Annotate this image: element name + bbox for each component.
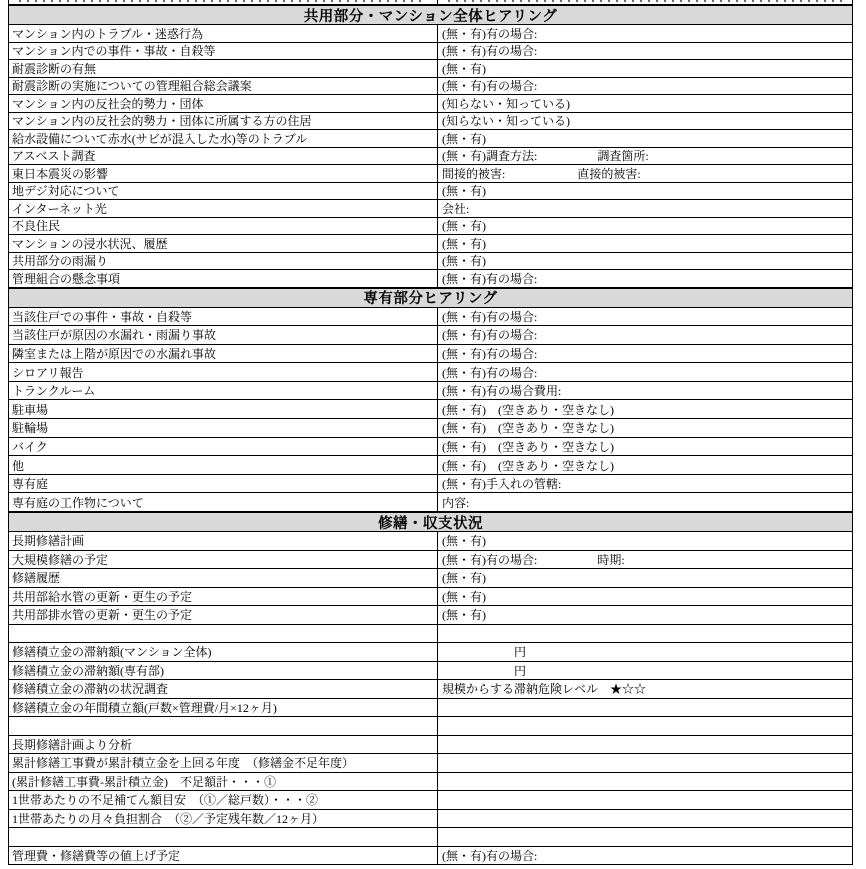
- table-row: 専有庭(無・有)手入れの管轄:: [9, 475, 852, 494]
- row-label: マンション内の反社会的勢力・団体: [9, 95, 438, 112]
- row-label: 当該住戸での事件・事故・自殺等: [9, 308, 438, 326]
- section-3: 修繕・収支状況長期修繕計画(無・有)大規模修繕の予定(無・有)有の場合: 時期:…: [9, 512, 852, 865]
- clipped-row-above: [9, 0, 852, 5]
- row-label: [9, 717, 438, 735]
- row-value: [438, 717, 852, 735]
- row-label: 長期修繕計画より分析: [9, 736, 438, 754]
- row-value: [438, 791, 852, 809]
- clipped-text-remnant: [9, 0, 438, 4]
- table-row: 修繕履歴(無・有): [9, 569, 852, 588]
- table-row: 給水設備について赤水(サビが混入した水)等のトラブル(無・有): [9, 130, 852, 148]
- table-row: マンション内のトラブル・迷惑行為(無・有)有の場合:: [9, 25, 852, 43]
- table-row: 東日本震災の影響間接的被害: 直接的被害:: [9, 165, 852, 183]
- row-label: 共用部排水管の更新・更生の予定: [9, 606, 438, 624]
- row-label: シロアリ報告: [9, 363, 438, 381]
- row-value: (無・有)有の場合:: [438, 326, 852, 344]
- row-value: (無・有)有の場合: 時期:: [438, 551, 852, 569]
- row-value: 会社:: [438, 200, 852, 217]
- clipped-text-remnant: [438, 0, 852, 4]
- hearing-table: 共用部分・マンション全体ヒアリングマンション内のトラブル・迷惑行為(無・有)有の…: [8, 0, 853, 865]
- table-row: 共用部排水管の更新・更生の予定(無・有): [9, 606, 852, 625]
- table-row: 地デジ対応について(無・有): [9, 183, 852, 201]
- row-value: (無・有): [438, 588, 852, 606]
- table-row: 隣室または上階が原因での水漏れ事故(無・有)有の場合:: [9, 345, 852, 364]
- table-row: 1世帯あたりの月々負担割合 （②／予定残年数／12ヶ月）: [9, 810, 852, 829]
- row-label: 大規模修繕の予定: [9, 551, 438, 569]
- row-label: 東日本震災の影響: [9, 165, 438, 182]
- row-value: (無・有)調査方法: 調査箇所:: [438, 148, 852, 165]
- table-row: (累計修繕工事費-累計積立金) 不足額計・・・①: [9, 773, 852, 792]
- row-label: マンション内の反社会的勢力・団体に所属する方の住居: [9, 113, 438, 130]
- row-label: 修繕積立金の年間積立額(戸数×管理費/月×12ヶ月): [9, 699, 438, 717]
- row-label: 耐震診断の有無: [9, 60, 438, 77]
- row-value: 間接的被害: 直接的被害:: [438, 165, 852, 182]
- row-label: 共用部分の雨漏り: [9, 253, 438, 270]
- row-value: (無・有)有の場合:: [438, 345, 852, 363]
- table-row: マンション内の反社会的勢力・団体(知らない・知っている): [9, 95, 852, 113]
- table-row: 耐震診断の実施についての管理組合総会議案(無・有)有の場合:: [9, 78, 852, 96]
- table-row: 修繕積立金の滞納の状況調査規模からする滞納危険レベル ★☆☆: [9, 680, 852, 699]
- row-value: [438, 625, 852, 643]
- row-value: [438, 699, 852, 717]
- row-label: 給水設備について赤水(サビが混入した水)等のトラブル: [9, 130, 438, 147]
- row-value: (無・有): [438, 532, 852, 550]
- row-label: 当該住戸が原因の水漏れ・雨漏り事故: [9, 326, 438, 344]
- row-value: [438, 828, 852, 846]
- row-value: (無・有): [438, 218, 852, 235]
- table-row: シロアリ報告(無・有)有の場合:: [9, 363, 852, 382]
- row-value: 円: [438, 643, 852, 661]
- table-row: 当該住戸での事件・事故・自殺等(無・有)有の場合:: [9, 308, 852, 327]
- table-row: 他(無・有) (空きあり・空きなし): [9, 456, 852, 475]
- table-row: 長期修繕計画より分析: [9, 736, 852, 755]
- row-label: 駐輪場: [9, 419, 438, 437]
- row-value: (無・有): [438, 60, 852, 77]
- section-header: 専有部分ヒアリング: [9, 288, 852, 308]
- table-row: マンション内の反社会的勢力・団体に所属する方の住居(知らない・知っている): [9, 113, 852, 131]
- row-value: (無・有)有の場合:: [438, 78, 852, 95]
- row-value: (無・有) (空きあり・空きなし): [438, 400, 852, 418]
- table-row: 管理費・修繕費等の値上げ予定(無・有)有の場合:: [9, 847, 852, 866]
- row-label: [9, 828, 438, 846]
- row-label: インターネット光: [9, 200, 438, 217]
- table-row: [9, 828, 852, 847]
- table-row: 修繕積立金の年間積立額(戸数×管理費/月×12ヶ月): [9, 699, 852, 718]
- row-value: (無・有): [438, 253, 852, 270]
- table-row: 修繕積立金の滞納額(専有部) 円: [9, 662, 852, 681]
- row-label: 1世帯あたりの不足補てん額目安 （①／総戸数）・・・②: [9, 791, 438, 809]
- row-label: 耐震診断の実施についての管理組合総会議案: [9, 78, 438, 95]
- row-value: (知らない・知っている): [438, 95, 852, 112]
- table-row: マンション内での事件・事故・自殺等(無・有)有の場合:: [9, 43, 852, 61]
- row-label: トランクルーム: [9, 382, 438, 400]
- table-row: 修繕積立金の滞納額(マンション全体) 円: [9, 643, 852, 662]
- row-label: 他: [9, 456, 438, 474]
- table-row: 1世帯あたりの不足補てん額目安 （①／総戸数）・・・②: [9, 791, 852, 810]
- table-row: 当該住戸が原因の水漏れ・雨漏り事故(無・有)有の場合:: [9, 326, 852, 345]
- row-label: 専有庭: [9, 475, 438, 493]
- table-row: 不良住民(無・有): [9, 218, 852, 236]
- row-label: 修繕積立金の滞納の状況調査: [9, 680, 438, 698]
- table-row: [9, 625, 852, 644]
- row-value: [438, 754, 852, 772]
- row-value: [438, 773, 852, 791]
- table-row: 管理組合の懸念事項(無・有)有の場合:: [9, 270, 852, 288]
- row-label: (累計修繕工事費-累計積立金) 不足額計・・・①: [9, 773, 438, 791]
- section-header: 共用部分・マンション全体ヒアリング: [9, 5, 852, 25]
- row-label: [9, 625, 438, 643]
- row-label: 不良住民: [9, 218, 438, 235]
- row-value: 規模からする滞納危険レベル ★☆☆: [438, 680, 852, 698]
- row-value: (無・有)有の場合:: [438, 43, 852, 60]
- row-label: 長期修繕計画: [9, 532, 438, 550]
- row-label: 共用部給水管の更新・更生の予定: [9, 588, 438, 606]
- row-label: 隣室または上階が原因での水漏れ事故: [9, 345, 438, 363]
- table-row: アスベスト調査(無・有)調査方法: 調査箇所:: [9, 148, 852, 166]
- row-value: (無・有)有の場合:: [438, 270, 852, 287]
- row-label: 管理組合の懸念事項: [9, 270, 438, 287]
- row-value: (無・有): [438, 183, 852, 200]
- section-2: 専有部分ヒアリング当該住戸での事件・事故・自殺等(無・有)有の場合:当該住戸が原…: [9, 288, 852, 513]
- table-row: マンションの浸水状況、履歴(無・有): [9, 235, 852, 253]
- row-label: 修繕積立金の滞納額(専有部): [9, 662, 438, 680]
- row-value: (知らない・知っている): [438, 113, 852, 130]
- row-label: アスベスト調査: [9, 148, 438, 165]
- row-value: 円: [438, 662, 852, 680]
- row-value: (無・有): [438, 569, 852, 587]
- section-header: 修繕・収支状況: [9, 512, 852, 532]
- row-label: マンションの浸水状況、履歴: [9, 235, 438, 252]
- table-row: 耐震診断の有無(無・有): [9, 60, 852, 78]
- row-value: (無・有): [438, 606, 852, 624]
- row-label: マンション内のトラブル・迷惑行為: [9, 25, 438, 42]
- table-row: 専有庭の工作物について内容:: [9, 493, 852, 512]
- row-label: 管理費・修繕費等の値上げ予定: [9, 847, 438, 865]
- row-value: (無・有)有の場合:: [438, 25, 852, 42]
- table-row: 大規模修繕の予定(無・有)有の場合: 時期:: [9, 551, 852, 570]
- row-value: (無・有) (空きあり・空きなし): [438, 438, 852, 456]
- row-value: (無・有)有の場合:: [438, 847, 852, 865]
- row-value: (無・有)手入れの管轄:: [438, 475, 852, 493]
- row-value: [438, 810, 852, 828]
- table-row: 駐輪場(無・有) (空きあり・空きなし): [9, 419, 852, 438]
- row-value: (無・有): [438, 235, 852, 252]
- row-label: 専有庭の工作物について: [9, 493, 438, 511]
- table-row: 駐車場(無・有) (空きあり・空きなし): [9, 400, 852, 419]
- row-value: 内容:: [438, 493, 852, 511]
- row-label: 駐車場: [9, 400, 438, 418]
- row-value: (無・有): [438, 130, 852, 147]
- row-label: マンション内での事件・事故・自殺等: [9, 43, 438, 60]
- row-label: 修繕積立金の滞納額(マンション全体): [9, 643, 438, 661]
- section-1: 共用部分・マンション全体ヒアリングマンション内のトラブル・迷惑行為(無・有)有の…: [9, 5, 852, 288]
- row-value: (無・有) (空きあり・空きなし): [438, 419, 852, 437]
- table-row: トランクルーム(無・有)有の場合費用:: [9, 382, 852, 401]
- row-label: 1世帯あたりの月々負担割合 （②／予定残年数／12ヶ月）: [9, 810, 438, 828]
- table-row: インターネット光会社:: [9, 200, 852, 218]
- document-page: 共用部分・マンション全体ヒアリングマンション内のトラブル・迷惑行為(無・有)有の…: [0, 0, 866, 869]
- row-value: (無・有)有の場合費用:: [438, 382, 852, 400]
- row-label: 地デジ対応について: [9, 183, 438, 200]
- table-row: 共用部給水管の更新・更生の予定(無・有): [9, 588, 852, 607]
- table-row: 累計修繕工事費が累計積立金を上回る年度 （修繕金不足年度）: [9, 754, 852, 773]
- row-label: バイク: [9, 438, 438, 456]
- row-label: 累計修繕工事費が累計積立金を上回る年度 （修繕金不足年度）: [9, 754, 438, 772]
- table-row: 長期修繕計画(無・有): [9, 532, 852, 551]
- row-value: (無・有)有の場合:: [438, 308, 852, 326]
- row-value: (無・有) (空きあり・空きなし): [438, 456, 852, 474]
- row-value: (無・有)有の場合:: [438, 363, 852, 381]
- row-value: [438, 736, 852, 754]
- table-row: 共用部分の雨漏り(無・有): [9, 253, 852, 271]
- table-row: バイク(無・有) (空きあり・空きなし): [9, 438, 852, 457]
- row-label: 修繕履歴: [9, 569, 438, 587]
- table-row: [9, 717, 852, 736]
